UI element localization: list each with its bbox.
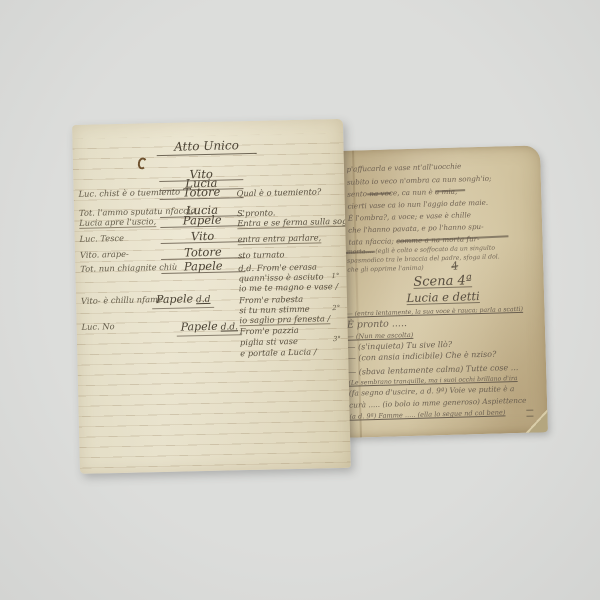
fold-mark xyxy=(526,410,533,417)
cast-name: Vito xyxy=(160,230,244,244)
dd-mark: d.d. xyxy=(221,322,238,332)
manuscript-line-small: che gli opprime l'anima) xyxy=(347,265,424,274)
margin-note: Luc. No xyxy=(81,321,114,332)
dialogue-line: e portale a Lucia / xyxy=(240,347,317,359)
manuscript-line: che l'hanno pavata, e po l'hanno spu- xyxy=(348,222,484,235)
manuscript-line: sento na voce, ca nun è a mia, xyxy=(347,187,457,199)
act-title: Atto Unico xyxy=(156,138,256,156)
dialogue-line: piglia sti vase xyxy=(240,336,298,347)
verse-number: 1° xyxy=(331,272,339,280)
dialogue-line: — (sbava lentamente calma) Tutte cose ..… xyxy=(348,363,518,377)
margin-note: Lucia apre l'uscio, xyxy=(79,216,156,228)
right-page: p'affucarla e vase nt'all'uocchie subito… xyxy=(336,145,548,438)
cast-name: Totore xyxy=(161,246,245,260)
dialogue-line: From'e pazzia xyxy=(240,325,299,336)
manuscript-line-small: spasmodico tra le braccia del padre, sfo… xyxy=(347,253,500,264)
manuscript-line: È l'ombra?, a voce; e vase è chille xyxy=(348,210,471,222)
verse-number: 3° xyxy=(333,335,341,343)
cast-name-dd: Papeled.d. xyxy=(176,320,242,336)
margin-note: Luc. Tesce xyxy=(79,233,124,244)
manuscript-line: p'affucarla e vase nt'all'uocchie xyxy=(346,162,461,174)
stage-direction: — (entra lentamente, la sua voce è rauca… xyxy=(346,306,523,318)
photo-of-manuscript: { "photo": { "background_color": "#d9dad… xyxy=(0,0,600,600)
dialogue-line: — (s'inquieta) Tu sive llò? xyxy=(347,340,452,352)
dialogue-line: Qual è o tuemiento? xyxy=(236,186,321,198)
stage-direction: entra entra parlare, xyxy=(238,232,322,244)
manuscript-line: cierti vase ca io nun l'aggio date maie. xyxy=(347,198,488,211)
photo-backdrop: p'affucarla e vase nt'all'uocchie subito… xyxy=(0,0,600,600)
verse-number: 2° xyxy=(332,304,340,312)
margin-note: Vito. arape- xyxy=(80,249,129,260)
cast-name: Papele xyxy=(180,320,217,334)
dialogue-line: (a d. 9ª) Famme ..... (ella lo segue nd … xyxy=(349,408,505,420)
left-page: Atto Unico Vito Lucia Totore Lucia Papel… xyxy=(72,119,351,474)
manuscript-line: subito io veco n'ombra ca nun songh'io; xyxy=(347,174,492,187)
stage-direction: — (Nun me ascolta) xyxy=(347,331,413,341)
dialogue-line: (fa segno d'uscire, a d. 9ª) Voie ve put… xyxy=(349,384,515,398)
margin-note: Vito- è chillu nfame xyxy=(81,294,163,306)
dialogue-line: io saglio pra fenesta / xyxy=(239,313,330,325)
scene-cast-heading: Lucia e detti xyxy=(368,288,518,306)
dialogue-line: È pronto ..... xyxy=(347,318,407,331)
cast-name: Papele xyxy=(160,214,244,228)
dd-mark: d.d xyxy=(196,295,211,305)
dialogue-line: — (con ansia indicibile) Che è nziso? xyxy=(348,350,497,363)
dialogue-line: sto turnato xyxy=(238,249,285,260)
